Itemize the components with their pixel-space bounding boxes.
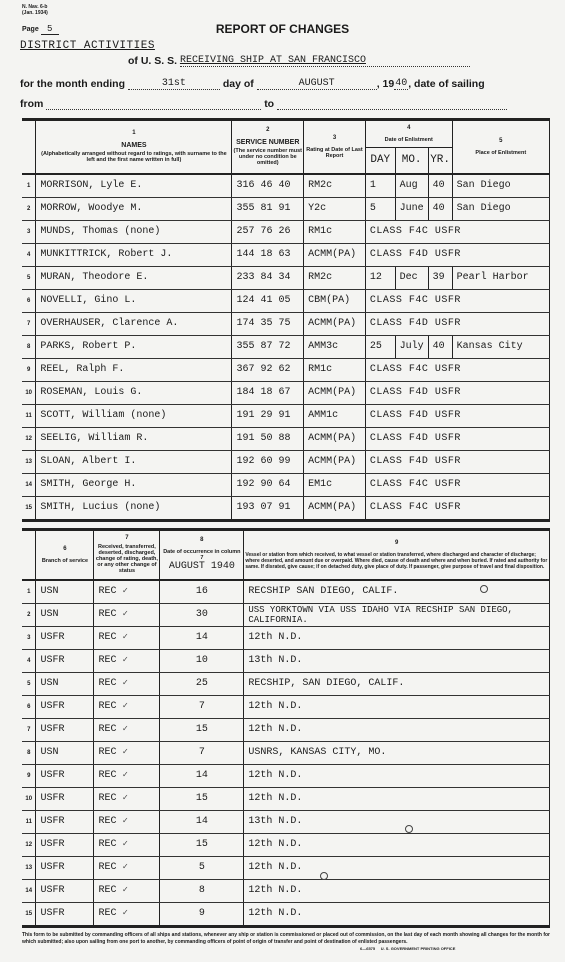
day-of-label: day of	[223, 78, 254, 90]
branch-cell: USFR	[36, 810, 94, 833]
rating-cell: AMM1c	[304, 404, 366, 427]
check-mark-icon: ✓	[122, 678, 127, 688]
date-cell: 14	[160, 810, 244, 833]
table-row: 9 USFR REC ✓ 14 12th N.D.	[22, 764, 550, 787]
table-row: 8 PARKS, Robert P. 355 87 72 AMM3c25 Jul…	[22, 335, 550, 358]
name-cell: MUNDS, Thomas (none)	[36, 220, 232, 243]
service-number-cell: 184 18 67	[232, 381, 304, 404]
status-text: REC	[98, 632, 116, 643]
vessel-cell: 12th N.D.	[244, 787, 550, 810]
row-number: 10	[22, 787, 36, 810]
vessel-cell: 12th N.D.	[244, 856, 550, 879]
enlist-place-cell: Kansas City	[452, 335, 549, 358]
rating-cell: ACMM(PA)	[304, 427, 366, 450]
row-number: 4	[22, 243, 36, 266]
status-cell: REC ✓	[94, 649, 160, 672]
col-yr-header: YR.	[428, 148, 452, 174]
enlist-place-cell: San Diego	[452, 174, 549, 198]
date-sailing-label: , date of sailing	[408, 78, 484, 90]
row-number: 9	[22, 764, 36, 787]
col-service-header: 2 SERVICE NUMBER (The service number mus…	[232, 120, 304, 174]
class-cell: CLASS F4D USFR	[365, 312, 549, 335]
table-row: 4 USFR REC ✓ 10 13th N.D.	[22, 649, 550, 672]
vessel-cell: USNRS, KANSAS CITY, MO.	[244, 741, 550, 764]
status-text: REC	[98, 770, 116, 781]
enlist-place-cell: Pearl Harbor	[452, 266, 549, 289]
name-cell: SCOTT, William (none)	[36, 404, 232, 427]
row-number: 4	[22, 649, 36, 672]
col-enlist-date-header: 4 Date of Enlistment	[365, 120, 452, 148]
status-text: REC	[98, 908, 116, 919]
status-cell: REC ✓	[94, 626, 160, 649]
enlist-place-cell: San Diego	[452, 197, 549, 220]
table-row: 2 MORROW, Woodye M. 355 81 91 Y2c5 June …	[22, 197, 550, 220]
table-row: 1 MORRISON, Lyle E. 316 46 40 RM2c1 Aug …	[22, 174, 550, 198]
service-number-cell: 192 90 64	[232, 473, 304, 496]
date-cell: 25	[160, 672, 244, 695]
status-text: REC	[98, 747, 116, 758]
table-row: 10 USFR REC ✓ 15 12th N.D.	[22, 787, 550, 810]
from-value	[46, 109, 261, 110]
col-vessel-header: 9 Vessel or station from which received,…	[244, 530, 550, 580]
branch-cell: USN	[36, 580, 94, 604]
table-row: 11 USFR REC ✓ 14 13th N.D.	[22, 810, 550, 833]
name-cell: MUNKITTRICK, Robert J.	[36, 243, 232, 266]
date-cell: 15	[160, 718, 244, 741]
personnel-table: 1 NAMES (Alphabetically arranged without…	[22, 118, 550, 522]
stamp-mark	[320, 872, 328, 880]
table-row: 4 MUNKITTRICK, Robert J. 144 18 63 ACMM(…	[22, 243, 550, 266]
service-number-cell: 144 18 63	[232, 243, 304, 266]
enlist-year-cell: 40	[428, 174, 452, 198]
enlist-month-cell: June	[395, 197, 428, 220]
row-number: 6	[22, 695, 36, 718]
service-number-cell: 355 81 91	[232, 197, 304, 220]
status-cell: REC ✓	[94, 718, 160, 741]
rating-cell: EM1c	[304, 473, 366, 496]
rating-cell: ACMM(PA)	[304, 450, 366, 473]
date-cell: 15	[160, 833, 244, 856]
ship-name: RECEIVING SHIP AT SAN FRANCISCO	[180, 55, 470, 67]
row-number: 10	[22, 381, 36, 404]
printer-label: U. S. GOVERNMENT PRINTING OFFICE	[381, 946, 456, 951]
service-number-cell: 367 92 62	[232, 358, 304, 381]
rating-cell: RM2c	[304, 266, 366, 289]
name-cell: SMITH, George H.	[36, 473, 232, 496]
class-cell: CLASS F4C USFR	[365, 496, 549, 520]
class-cell: CLASS F4C USFR	[365, 220, 549, 243]
check-mark-icon: ✓	[122, 747, 127, 757]
name-cell: SLOAN, Albert I.	[36, 450, 232, 473]
enlist-day-cell: 5	[365, 197, 395, 220]
branch-cell: USFR	[36, 695, 94, 718]
date-cell: 14	[160, 764, 244, 787]
check-mark-icon: ✓	[122, 793, 127, 803]
service-number-cell: 191 29 91	[232, 404, 304, 427]
district-label: DISTRICT ACTIVITIES	[20, 40, 155, 52]
enlist-day-cell: 12	[365, 266, 395, 289]
status-cell: REC ✓	[94, 580, 160, 604]
vessel-cell: RECSHIP, SAN DIEGO, CALIF.	[244, 672, 550, 695]
row-number: 14	[22, 473, 36, 496]
to-label: to	[264, 98, 274, 110]
table-row: 14 SMITH, George H. 192 90 64 EM1cCLASS …	[22, 473, 550, 496]
branch-cell: USFR	[36, 833, 94, 856]
row-number: 3	[22, 220, 36, 243]
table-row: 11 SCOTT, William (none) 191 29 91 AMM1c…	[22, 404, 550, 427]
date-month-value: AUGUST 1940	[161, 561, 242, 572]
rating-cell: ACMM(PA)	[304, 496, 366, 520]
enlist-day-cell: 25	[365, 335, 395, 358]
class-cell: CLASS F4D USFR	[365, 243, 549, 266]
check-mark-icon: ✓	[122, 862, 127, 872]
status-text: REC	[98, 793, 116, 804]
rating-cell: ACMM(PA)	[304, 312, 366, 335]
form-code: 6—6575	[360, 946, 375, 951]
status-text: REC	[98, 586, 116, 597]
row-number: 15	[22, 902, 36, 926]
col-branch-header: 6 Branch of service	[36, 530, 94, 580]
status-text: REC	[98, 678, 116, 689]
col-mo-header: MO.	[395, 148, 428, 174]
table-row: 7 USFR REC ✓ 15 12th N.D.	[22, 718, 550, 741]
name-cell: SEELIG, William R.	[36, 427, 232, 450]
name-cell: OVERHAUSER, Clarence A.	[36, 312, 232, 335]
row-number: 1	[22, 174, 36, 198]
stamp-mark	[480, 585, 488, 593]
vessel-cell: USS YORKTOWN VIA USS IDAHO VIA RECSHIP S…	[244, 603, 550, 626]
table-row: 5 MURAN, Theodore E. 233 84 34 RM2c12 De…	[22, 266, 550, 289]
row-number: 6	[22, 289, 36, 312]
rating-cell: ACMM(PA)	[304, 243, 366, 266]
check-mark-icon: ✓	[122, 885, 127, 895]
table-row: 1 USN REC ✓ 16 RECSHIP SAN DIEGO, CALIF.	[22, 580, 550, 604]
vessel-cell: 12th N.D.	[244, 764, 550, 787]
row-number: 13	[22, 450, 36, 473]
check-mark-icon: ✓	[122, 701, 127, 711]
service-number-cell: 193 07 91	[232, 496, 304, 520]
enlist-month-cell: Aug	[395, 174, 428, 198]
vessel-cell: 12th N.D.	[244, 718, 550, 741]
status-text: REC	[98, 655, 116, 666]
day-value: 31st	[128, 78, 220, 90]
branch-cell: USFR	[36, 879, 94, 902]
enlist-month-cell: Dec	[395, 266, 428, 289]
branch-cell: USFR	[36, 649, 94, 672]
table-row: 12 USFR REC ✓ 15 12th N.D.	[22, 833, 550, 856]
form-number: N. Nav. 6-b (Jan. 1934)	[22, 4, 48, 16]
name-cell: PARKS, Robert P.	[36, 335, 232, 358]
rating-cell: RM2c	[304, 174, 366, 198]
status-cell: REC ✓	[94, 879, 160, 902]
row-number: 9	[22, 358, 36, 381]
table-row: 12 SEELIG, William R. 191 50 88 ACMM(PA)…	[22, 427, 550, 450]
branch-cell: USFR	[36, 764, 94, 787]
branch-cell: USFR	[36, 718, 94, 741]
stamp-mark	[405, 825, 413, 833]
row-number: 5	[22, 672, 36, 695]
check-mark-icon: ✓	[122, 655, 127, 665]
status-cell: REC ✓	[94, 695, 160, 718]
row-number: 11	[22, 810, 36, 833]
branch-cell: USN	[36, 672, 94, 695]
branch-cell: USFR	[36, 787, 94, 810]
name-cell: MURAN, Theodore E.	[36, 266, 232, 289]
status-text: REC	[98, 816, 116, 827]
col-place-header: 5 Place of Enlistment	[452, 120, 549, 174]
year-value: 40	[394, 78, 408, 90]
row-number: 2	[22, 197, 36, 220]
check-mark-icon: ✓	[122, 632, 127, 642]
class-cell: CLASS F4C USFR	[365, 473, 549, 496]
vessel-cell: 12th N.D.	[244, 833, 550, 856]
row-number: 7	[22, 718, 36, 741]
service-number-cell: 233 84 34	[232, 266, 304, 289]
status-text: REC	[98, 885, 116, 896]
check-mark-icon: ✓	[122, 908, 127, 918]
service-number-cell: 257 76 26	[232, 220, 304, 243]
row-number: 12	[22, 427, 36, 450]
class-cell: CLASS F4C USFR	[365, 358, 549, 381]
to-value	[277, 109, 507, 110]
table-row: 6 USFR REC ✓ 7 12th N.D.	[22, 695, 550, 718]
class-cell: CLASS F4D USFR	[365, 450, 549, 473]
class-cell: CLASS F4D USFR	[365, 404, 549, 427]
rating-cell: RM1c	[304, 358, 366, 381]
row-number: 12	[22, 833, 36, 856]
service-number-cell: 124 41 05	[232, 289, 304, 312]
name-cell: SMITH, Lucius (none)	[36, 496, 232, 520]
table-row: 6 NOVELLI, Gino L. 124 41 05 CBM(PA)CLAS…	[22, 289, 550, 312]
vessel-cell: RECSHIP SAN DIEGO, CALIF.	[244, 580, 550, 604]
status-cell: REC ✓	[94, 810, 160, 833]
table-row: 14 USFR REC ✓ 8 12th N.D.	[22, 879, 550, 902]
date-cell: 9	[160, 902, 244, 926]
enlist-year-cell: 39	[428, 266, 452, 289]
table-row: 13 USFR REC ✓ 5 12th N.D.	[22, 856, 550, 879]
row-number: 11	[22, 404, 36, 427]
rating-cell: Y2c	[304, 197, 366, 220]
status-text: REC	[98, 724, 116, 735]
status-text: REC	[98, 701, 116, 712]
col-names-header: 1 NAMES (Alphabetically arranged without…	[36, 120, 232, 174]
table-row: 15 USFR REC ✓ 9 12th N.D.	[22, 902, 550, 926]
name-cell: NOVELLI, Gino L.	[36, 289, 232, 312]
status-text: REC	[98, 609, 116, 620]
check-mark-icon: ✓	[122, 816, 127, 826]
check-mark-icon: ✓	[122, 770, 127, 780]
vessel-cell: 12th N.D.	[244, 626, 550, 649]
table-row: 7 OVERHAUSER, Clarence A. 174 35 75 ACMM…	[22, 312, 550, 335]
col-status-header: 7 Received, transferred, deserted, disch…	[94, 530, 160, 580]
service-number-cell: 355 87 72	[232, 335, 304, 358]
col-day-header: DAY	[365, 148, 395, 174]
status-cell: REC ✓	[94, 856, 160, 879]
row-number: 2	[22, 603, 36, 626]
status-text: REC	[98, 839, 116, 850]
name-cell: MORROW, Woodye M.	[36, 197, 232, 220]
rating-cell: ACMM(PA)	[304, 381, 366, 404]
check-mark-icon: ✓	[122, 839, 127, 849]
date-cell: 16	[160, 580, 244, 604]
class-cell: CLASS F4C USFR	[365, 289, 549, 312]
of-label: of U. S. S.	[128, 55, 177, 67]
col-rating-header: 3 Rating at Date of Last Report	[304, 120, 366, 174]
form-date-line: (Jan. 1934)	[22, 10, 48, 16]
check-mark-icon: ✓	[122, 586, 127, 596]
vessel-cell: 13th N.D.	[244, 810, 550, 833]
year-prefix: , 19	[377, 78, 395, 90]
month-ending-label: for the month ending	[20, 78, 125, 90]
enlist-month-cell: July	[395, 335, 428, 358]
date-cell: 10	[160, 649, 244, 672]
status-table: 6 Branch of service 7 Received, transfer…	[22, 528, 550, 928]
branch-cell: USFR	[36, 626, 94, 649]
month-line: for the month ending 31st day of AUGUST,…	[20, 78, 485, 90]
status-cell: REC ✓	[94, 741, 160, 764]
status-cell: REC ✓	[94, 764, 160, 787]
name-cell: ROSEMAN, Louis G.	[36, 381, 232, 404]
table-row: 3 USFR REC ✓ 14 12th N.D.	[22, 626, 550, 649]
footer-instructions: This form to be submitted by commanding …	[22, 932, 550, 945]
date-cell: 30	[160, 603, 244, 626]
branch-cell: USN	[36, 741, 94, 764]
row-number: 8	[22, 335, 36, 358]
date-cell: 7	[160, 695, 244, 718]
date-cell: 8	[160, 879, 244, 902]
status-cell: REC ✓	[94, 833, 160, 856]
month-value: AUGUST	[257, 78, 377, 90]
rating-cell: CBM(PA)	[304, 289, 366, 312]
service-number-cell: 174 35 75	[232, 312, 304, 335]
date-cell: 5	[160, 856, 244, 879]
service-number-cell: 192 60 99	[232, 450, 304, 473]
from-label: from	[20, 98, 43, 110]
vessel-cell: 12th N.D.	[244, 902, 550, 926]
enlist-year-cell: 40	[428, 335, 452, 358]
branch-cell: USFR	[36, 902, 94, 926]
table-row: 9 REEL, Ralph F. 367 92 62 RM1cCLASS F4C…	[22, 358, 550, 381]
rating-cell: AMM3c	[304, 335, 366, 358]
table-row: 15 SMITH, Lucius (none) 193 07 91 ACMM(P…	[22, 496, 550, 520]
enlist-year-cell: 40	[428, 197, 452, 220]
date-cell: 7	[160, 741, 244, 764]
page-title: REPORT OF CHANGES	[0, 22, 565, 36]
check-mark-icon: ✓	[122, 724, 127, 734]
table-row: 2 USN REC ✓ 30 USS YORKTOWN VIA USS IDAH…	[22, 603, 550, 626]
footer-printer: 6—6575 U. S. GOVERNMENT PRINTING OFFICE	[360, 946, 455, 951]
row-number: 15	[22, 496, 36, 520]
status-cell: REC ✓	[94, 787, 160, 810]
service-number-cell: 316 46 40	[232, 174, 304, 198]
name-cell: MORRISON, Lyle E.	[36, 174, 232, 198]
status-cell: REC ✓	[94, 902, 160, 926]
vessel-cell: 12th N.D.	[244, 695, 550, 718]
branch-cell: USN	[36, 603, 94, 626]
table-row: 8 USN REC ✓ 7 USNRS, KANSAS CITY, MO.	[22, 741, 550, 764]
status-text: REC	[98, 862, 116, 873]
col-date-header: 8 Date of occurrence in column 7 AUGUST …	[160, 530, 244, 580]
class-cell: CLASS F4D USFR	[365, 381, 549, 404]
row-number: 14	[22, 879, 36, 902]
name-cell: REEL, Ralph F.	[36, 358, 232, 381]
table-row: 13 SLOAN, Albert I. 192 60 99 ACMM(PA)CL…	[22, 450, 550, 473]
table-row: 10 ROSEMAN, Louis G. 184 18 67 ACMM(PA)C…	[22, 381, 550, 404]
date-cell: 15	[160, 787, 244, 810]
row-number: 7	[22, 312, 36, 335]
ship-line: of U. S. S. RECEIVING SHIP AT SAN FRANCI…	[128, 55, 470, 67]
vessel-cell: 13th N.D.	[244, 649, 550, 672]
service-number-cell: 191 50 88	[232, 427, 304, 450]
row-number: 3	[22, 626, 36, 649]
enlist-day-cell: 1	[365, 174, 395, 198]
row-number: 13	[22, 856, 36, 879]
row-number: 5	[22, 266, 36, 289]
table-row: 5 USN REC ✓ 25 RECSHIP, SAN DIEGO, CALIF…	[22, 672, 550, 695]
from-to-line: from to	[20, 98, 507, 110]
row-number: 1	[22, 580, 36, 604]
status-cell: REC ✓	[94, 672, 160, 695]
row-number: 8	[22, 741, 36, 764]
status-cell: REC ✓	[94, 603, 160, 626]
check-mark-icon: ✓	[122, 609, 127, 619]
rating-cell: RM1c	[304, 220, 366, 243]
branch-cell: USFR	[36, 856, 94, 879]
vessel-cell: 12th N.D.	[244, 879, 550, 902]
date-cell: 14	[160, 626, 244, 649]
table-row: 3 MUNDS, Thomas (none) 257 76 26 RM1cCLA…	[22, 220, 550, 243]
class-cell: CLASS F4D USFR	[365, 427, 549, 450]
